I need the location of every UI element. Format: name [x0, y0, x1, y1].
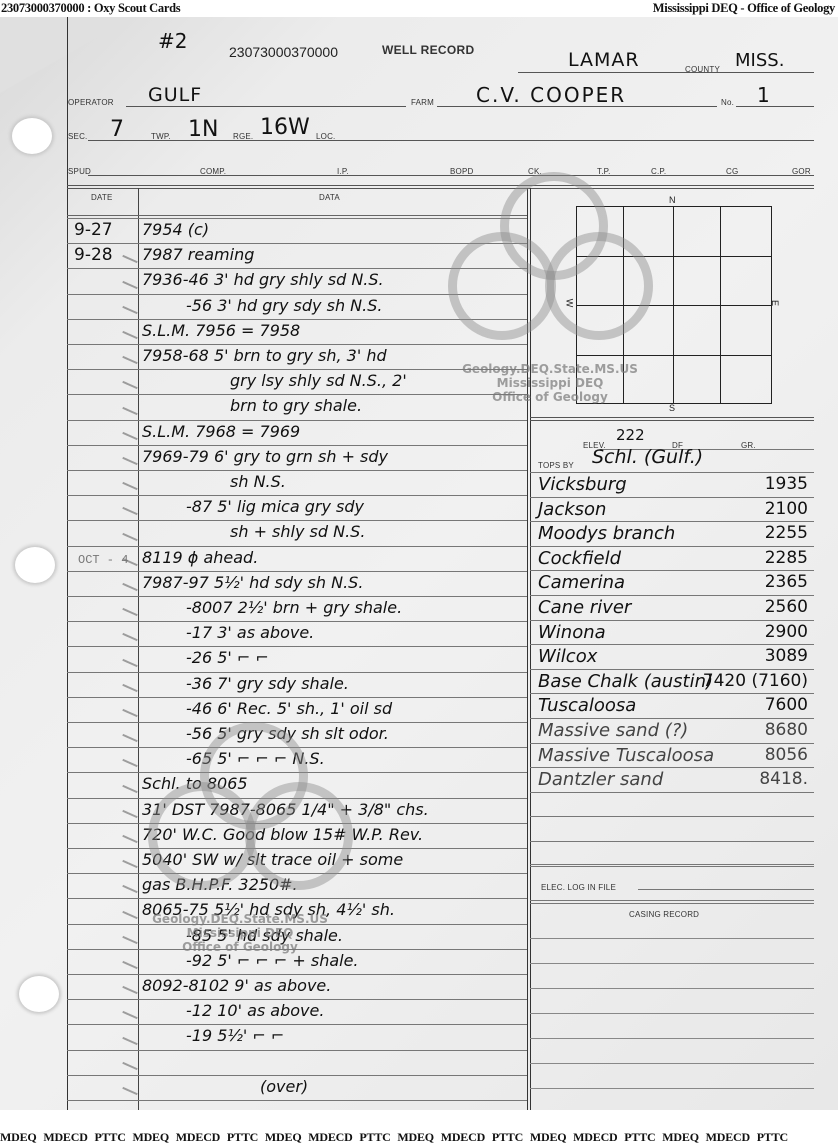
elec-log-label: ELEC. LOG IN FILE	[541, 883, 616, 892]
log-entry-text: S.L.M. 7968 = 7969	[142, 422, 300, 441]
margin-tick-mark	[122, 583, 137, 591]
margin-tick-mark	[122, 533, 137, 541]
formation-depth: 2560	[765, 597, 808, 617]
tp-label: T.P.	[597, 167, 611, 176]
ruled-line	[67, 949, 527, 950]
margin-tick-mark	[122, 785, 137, 793]
well-no-line	[736, 106, 814, 107]
well-no-value: 1	[757, 83, 770, 107]
header-bottom-line	[67, 215, 527, 216]
log-entry-text: -56 3' hd gry sdy sh N.S.	[186, 296, 382, 315]
ruled-line	[530, 546, 814, 547]
margin-tick-mark	[122, 759, 137, 767]
formation-name: Cockfield	[538, 548, 621, 569]
log-entry-text: Schl. to 8065	[142, 774, 248, 793]
ruled-line	[67, 848, 527, 849]
ruled-line	[67, 571, 527, 572]
ruled-line	[67, 924, 527, 925]
divider-line	[530, 864, 814, 865]
well-no-label: No.	[721, 98, 734, 107]
ruled-line	[67, 621, 527, 622]
casing-line	[530, 1013, 814, 1014]
formation-depth: 7420 (7160)	[703, 671, 808, 691]
ruled-line	[67, 798, 527, 799]
ruled-line	[530, 816, 814, 817]
log-entry-text: sh + shly sd N.S.	[230, 522, 365, 541]
formation-depth: 2285	[765, 548, 808, 568]
margin-tick-mark	[122, 986, 137, 994]
formation-depth: 1935	[765, 474, 808, 494]
ruled-line	[530, 497, 814, 498]
log-entry-text: -36 7' gry sdy shale.	[186, 674, 349, 693]
ruled-line	[530, 866, 814, 867]
ruled-line	[67, 319, 527, 320]
ruled-line	[530, 693, 814, 694]
log-entry-text: -19 5½' ⌐ ⌐	[186, 1026, 284, 1045]
formation-depth: 3089	[765, 646, 808, 666]
formation-name: Wilcox	[538, 646, 597, 667]
twp-value: 1N	[188, 117, 218, 142]
log-entry-text: -12 10' as above.	[186, 1001, 324, 1020]
ruled-line	[530, 792, 814, 793]
ruled-line	[67, 646, 527, 647]
formation-name: Massive sand (?)	[538, 720, 688, 741]
margin-tick-mark	[122, 885, 137, 893]
ruled-line	[67, 520, 527, 521]
formation-depth: 2365	[765, 572, 808, 592]
margin-tick-mark	[122, 482, 137, 490]
county-value: LAMAR	[568, 49, 640, 71]
margin-tick-mark	[122, 306, 137, 314]
formation-depth: 2900	[765, 622, 808, 642]
cp-label: C.P.	[651, 167, 666, 176]
viewer-title-bar: 23073000370000 : Oxy Scout Cards Mississ…	[0, 0, 838, 17]
margin-tick-mark	[122, 633, 137, 641]
casing-line	[530, 1038, 814, 1039]
card-corner-fold	[0, 17, 170, 107]
operator-value: GULF	[148, 84, 202, 106]
ruled-line	[67, 772, 527, 773]
log-entry-date: 9-27	[74, 220, 113, 240]
sec-label: SEC.	[68, 132, 87, 141]
formation-depth: 8056	[765, 745, 808, 765]
log-entry-date: OCT - 4	[78, 553, 128, 567]
ruled-line	[67, 999, 527, 1000]
api-number: 23073000370000	[229, 44, 338, 60]
tops-by-label: TOPS BY	[538, 461, 574, 470]
ruled-line	[67, 470, 527, 471]
ruled-line	[67, 898, 527, 899]
twp-label: TWP.	[151, 132, 171, 141]
log-entry-text: 7969-79 6' gry to grn sh + sdy	[142, 447, 388, 466]
log-entry-text: -85 5' hd sdy shale.	[186, 926, 343, 945]
margin-tick-mark	[122, 810, 137, 818]
divider-line	[530, 903, 814, 904]
state-value: MISS.	[735, 50, 784, 71]
well-record-card: #2 23073000370000 WELL RECORD LAMAR COUN…	[0, 17, 838, 1110]
margin-tick-mark	[122, 835, 137, 843]
log-entry-text: 8065-75 5½' hd sdy sh, 4½' sh.	[142, 900, 395, 919]
farm-label: FARM	[411, 98, 434, 107]
log-entry-text: -56 5' gry sdy sh slt odor.	[186, 724, 389, 743]
margin-tick-mark	[122, 407, 137, 415]
ruled-line	[67, 344, 527, 345]
ruled-line	[67, 672, 527, 673]
margin-tick-mark	[122, 1062, 137, 1070]
casing-line	[530, 1088, 814, 1089]
elev-value: 222	[616, 426, 645, 444]
divider-line	[530, 900, 814, 901]
north-label: N	[669, 195, 676, 205]
ruled-line	[67, 697, 527, 698]
ruled-line	[67, 1024, 527, 1025]
punch-hole-icon	[19, 976, 59, 1012]
comp-label: COMP.	[200, 167, 226, 176]
log-entry-text: -92 5' ⌐ ⌐ ⌐ + shale.	[186, 951, 359, 970]
log-entry-text: 5040' SW w/ slt trace oil + some	[142, 850, 403, 869]
punch-hole-icon	[15, 547, 55, 583]
formation-depth: 8680	[765, 720, 808, 740]
ruled-line	[67, 268, 527, 269]
formation-name: Dantzler sand	[538, 769, 663, 790]
casing-record-label: CASING RECORD	[629, 910, 699, 919]
ruled-line	[67, 722, 527, 723]
divider-line	[530, 420, 814, 421]
log-entry-text: 31' DST 7987-8065 1/4" + 3/8" chs.	[142, 800, 429, 819]
data-header: DATA	[319, 193, 340, 202]
margin-tick-mark	[122, 1087, 137, 1095]
data-column-divider	[527, 188, 528, 1110]
elec-log-line	[638, 889, 814, 890]
casing-line	[530, 963, 814, 964]
ruled-line	[67, 873, 527, 874]
margin-tick-mark	[122, 356, 137, 364]
ruled-line	[67, 243, 527, 244]
ruled-line	[530, 767, 814, 768]
log-entry-text: gas B.H.P.F. 3250#.	[142, 875, 298, 894]
margin-tick-mark	[122, 281, 137, 289]
formation-name: Moodys branch	[538, 523, 675, 544]
date-column-divider	[138, 188, 139, 1110]
ruled-line	[530, 743, 814, 744]
gor-label: GOR	[792, 167, 811, 176]
log-entry-text: 8092-8102 9' as above.	[142, 976, 331, 995]
spud-label: SPUD	[68, 167, 91, 176]
loc-label: LOC.	[316, 132, 335, 141]
ruled-line	[67, 1075, 527, 1076]
ck-label: CK.	[528, 167, 542, 176]
agency-title: Mississippi DEQ - Office of Geology	[653, 1, 835, 16]
ruled-line	[67, 546, 527, 547]
county-label: COUNTY	[685, 65, 720, 74]
log-entry-date: 9-28	[74, 245, 113, 265]
formation-name: Jackson	[538, 499, 606, 520]
margin-tick-mark	[122, 911, 137, 919]
ruled-line	[67, 445, 527, 446]
log-entry-text: sh N.S.	[230, 472, 286, 491]
casing-line	[530, 938, 814, 939]
ruled-line	[530, 669, 814, 670]
margin-tick-mark	[122, 457, 137, 465]
log-entry-text: -65 5' ⌐ ⌐ ⌐ N.S.	[186, 749, 325, 768]
margin-tick-mark	[122, 255, 137, 263]
log-entry-text: 7987 reaming	[142, 245, 254, 264]
casing-line	[530, 988, 814, 989]
ruled-line	[67, 369, 527, 370]
ruled-line	[530, 570, 814, 571]
ruled-line	[67, 974, 527, 975]
tops-by-value: Schl. (Gulf.)	[592, 446, 703, 468]
formation-name: Winona	[538, 622, 606, 643]
divider-line	[67, 185, 814, 186]
margin-tick-mark	[122, 709, 137, 717]
ruled-line	[530, 644, 814, 645]
formation-name: Massive Tuscaloosa	[538, 745, 714, 766]
ip-label: I.P.	[337, 167, 349, 176]
log-entry-text: 720' W.C. Good blow 15# W.P. Rev.	[142, 825, 423, 844]
log-entry-text: 7958-68 5' brn to gry sh, 3' hd	[142, 346, 387, 365]
log-entry-text: -46 6' Rec. 5' sh., 1' oil sd	[186, 699, 392, 718]
formation-name: Camerina	[538, 572, 625, 593]
log-entry-text: -17 3' as above.	[186, 623, 314, 642]
margin-tick-mark	[122, 432, 137, 440]
log-entry-text: S.L.M. 7956 = 7958	[142, 321, 300, 340]
formation-name: Tuscaloosa	[538, 695, 636, 716]
sec-value: 7	[110, 117, 124, 142]
ruled-line	[67, 1100, 527, 1101]
divider-line	[530, 417, 814, 418]
card-number: #2	[158, 29, 187, 53]
log-entry-text: -26 5' ⌐ ⌐	[186, 648, 269, 667]
ruled-line	[67, 218, 527, 219]
formation-depth: 2100	[765, 499, 808, 519]
ruled-line	[530, 472, 814, 473]
formation-name: Cane river	[538, 597, 631, 618]
log-entry-text: brn to gry shale.	[230, 396, 362, 415]
ruled-line	[530, 718, 814, 719]
divider-line	[67, 188, 814, 189]
ruled-line	[67, 596, 527, 597]
data-column-divider	[530, 188, 531, 1110]
ruled-line	[530, 521, 814, 522]
ruled-line	[530, 595, 814, 596]
west-label: W	[564, 299, 574, 308]
bopd-label: BOPD	[450, 167, 473, 176]
log-entry-text: gry lsy shly sd N.S., 2'	[230, 371, 407, 390]
ruled-line	[67, 495, 527, 496]
rge-value: 16W	[260, 115, 310, 140]
margin-tick-mark	[122, 1037, 137, 1045]
margin-tick-mark	[122, 608, 137, 616]
document-title: 23073000370000 : Oxy Scout Cards	[1, 1, 180, 16]
ruled-line	[67, 420, 527, 421]
ruled-line	[530, 620, 814, 621]
form-left-border	[67, 17, 68, 1110]
south-label: S	[669, 403, 675, 413]
log-entry-text: -8007 2½' brn + gry shale.	[186, 598, 402, 617]
margin-tick-mark	[122, 961, 137, 969]
punch-hole-icon	[12, 118, 52, 154]
log-entry-text: 7936-46 3' hd gry shly sd N.S.	[142, 270, 384, 289]
watermark-ring-icon	[448, 232, 556, 340]
section-plat-grid	[576, 206, 772, 404]
casing-line	[530, 1063, 814, 1064]
farm-value: C.V. COOPER	[476, 83, 626, 107]
county-line	[518, 72, 814, 73]
margin-tick-mark	[122, 1011, 137, 1019]
operator-label: OPERATOR	[68, 98, 114, 107]
ruled-line	[67, 394, 527, 395]
footer-agency-strip: MDEQ MDECD PTTC MDEQ MDECD PTTC MDEQ MDE…	[0, 1130, 838, 1147]
margin-tick-mark	[122, 936, 137, 944]
ruled-line	[67, 1050, 527, 1051]
operator-line	[126, 106, 406, 107]
margin-tick-mark	[122, 734, 137, 742]
formation-name: Vicksburg	[538, 474, 627, 495]
date-header: DATE	[91, 193, 113, 202]
log-entry-text: 7954 (c)	[142, 220, 209, 239]
cg-label: CG	[726, 167, 738, 176]
margin-tick-mark	[122, 659, 137, 667]
ruled-line	[67, 823, 527, 824]
log-entry-text: 7987-97 5½' hd sdy sh N.S.	[142, 573, 363, 592]
ruled-line	[67, 747, 527, 748]
margin-tick-mark	[122, 860, 137, 868]
formation-depth: 2255	[765, 523, 808, 543]
rge-label: RGE.	[233, 132, 253, 141]
form-title: WELL RECORD	[382, 43, 474, 57]
margin-tick-mark	[122, 381, 137, 389]
log-entry-text: 8119 ϕ ahead.	[142, 548, 258, 567]
formation-name: Base Chalk (austin)	[538, 671, 713, 692]
margin-tick-mark	[122, 331, 137, 339]
margin-tick-mark	[122, 507, 137, 515]
log-entry-text: -87 5' lig mica gry sdy	[186, 497, 364, 516]
log-entry-text: (over)	[260, 1077, 308, 1096]
ruled-line	[67, 294, 527, 295]
formation-depth: 8418.	[759, 769, 808, 789]
ruled-line	[530, 841, 814, 842]
formation-depth: 7600	[765, 695, 808, 715]
margin-tick-mark	[122, 684, 137, 692]
